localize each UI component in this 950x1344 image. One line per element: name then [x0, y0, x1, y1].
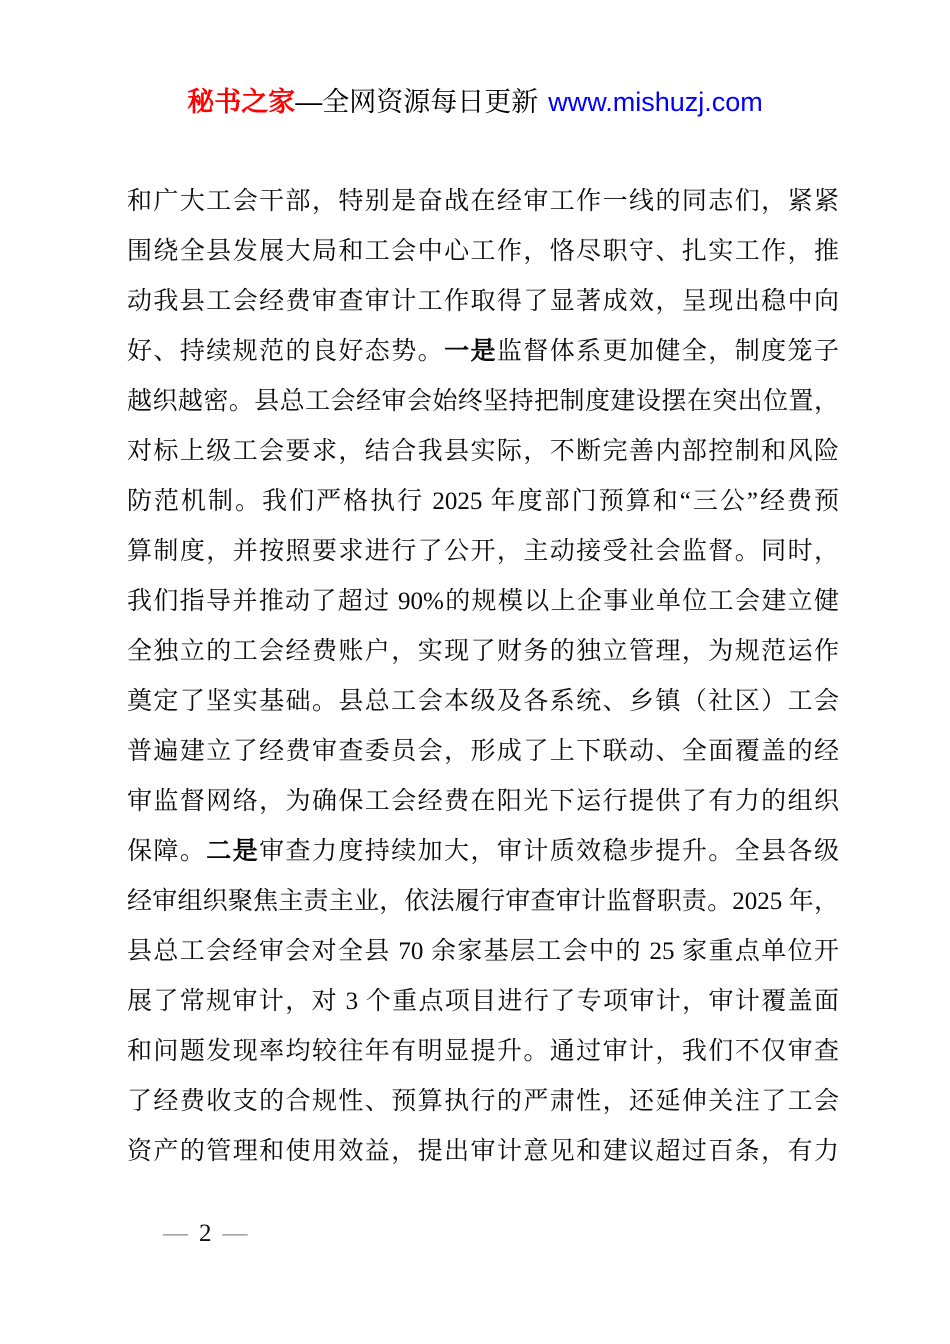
- text-run: 越织越密。县总工会经审会始终坚持把制度建设摆在突出位置，: [127, 388, 839, 415]
- body-line: 好、持续规范的良好态势。一是监督体系更加健全，制度笼子: [127, 327, 839, 377]
- text-run: 保障。: [127, 838, 206, 865]
- body-line: 动我县工会经费审查审计工作取得了显著成效，呈现出稳中向: [127, 277, 839, 327]
- text-run: 资产的管理和使用效益，提出审计意见和建议超过百条，有力: [127, 1138, 839, 1165]
- body-line: 越织越密。县总工会经审会始终坚持把制度建设摆在突出位置，: [127, 377, 839, 427]
- site-url-link[interactable]: www.mishuzj.com: [548, 87, 763, 117]
- text-run: 围绕全县发展大局和工会中心工作，恪尽职守、扎实工作，推: [127, 238, 839, 265]
- emphasis-run: 一是: [444, 338, 497, 365]
- body-line: 围绕全县发展大局和工会中心工作，恪尽职守、扎实工作，推: [127, 227, 839, 277]
- body-line: 防范机制。我们严格执行 2025 年度部门预算和“三公”经费预: [127, 477, 839, 527]
- body-line: 经审组织聚焦主责主业，依法履行审查审计监督职责。2025 年，: [127, 877, 839, 927]
- text-run: 防范机制。我们严格执行 2025 年度部门预算和“三公”经费预: [127, 488, 839, 515]
- text-run: 和广大工会干部，特别是奋战在经审工作一线的同志们，紧紧: [127, 188, 839, 215]
- body-line: 了经费收支的合规性、预算执行的严肃性，还延伸关注了工会: [127, 1077, 839, 1127]
- text-run: 和问题发现率均较往年有明显提升。通过审计，我们不仅审查: [127, 1038, 839, 1065]
- document-body-text: 和广大工会干部，特别是奋战在经审工作一线的同志们，紧紧围绕全县发展大局和工会中心…: [127, 177, 839, 1177]
- body-line: 全独立的工会经费账户，实现了财务的独立管理，为规范运作: [127, 627, 839, 677]
- text-run: 展了常规审计，对 3 个重点项目进行了专项审计，审计覆盖面: [127, 988, 839, 1015]
- body-line: 和问题发现率均较往年有明显提升。通过审计，我们不仅审查: [127, 1027, 839, 1077]
- text-run: 对标上级工会要求，结合我县实际，不断完善内部控制和风险: [127, 438, 839, 465]
- body-line: 我们指导并推动了超过 90%的规模以上企事业单位工会建立健: [127, 577, 839, 627]
- text-run: 了经费收支的合规性、预算执行的严肃性，还延伸关注了工会: [127, 1088, 839, 1115]
- text-run: 好、持续规范的良好态势。: [127, 338, 444, 365]
- text-run: 普遍建立了经费审查委员会，形成了上下联动、全面覆盖的经: [127, 738, 839, 765]
- text-run: 我们指导并推动了超过 90%的规模以上企事业单位工会建立健: [127, 588, 839, 615]
- body-line: 资产的管理和使用效益，提出审计意见和建议超过百条，有力: [127, 1127, 839, 1177]
- body-line: 普遍建立了经费审查委员会，形成了上下联动、全面覆盖的经: [127, 727, 839, 777]
- text-run: 全独立的工会经费账户，实现了财务的独立管理，为规范运作: [127, 638, 839, 665]
- page-header: 秘书之家—全网资源每日更新www.mishuzj.com: [0, 87, 950, 118]
- text-run: 经审组织聚焦主责主业，依法履行审查审计监督职责。2025 年，: [127, 888, 839, 915]
- emphasis-run: 二是: [206, 838, 259, 865]
- page-number-dash-left: —: [163, 1220, 188, 1247]
- header-tagline: —全网资源每日更新: [295, 87, 538, 117]
- text-run: 监督体系更加健全，制度笼子: [497, 338, 839, 365]
- text-run: 审监督网络，为确保工会经费在阳光下运行提供了有力的组织: [127, 788, 839, 815]
- site-name: 秘书之家: [187, 87, 295, 117]
- body-line: 县总工会经审会对全县 70 余家基层工会中的 25 家重点单位开: [127, 927, 839, 977]
- text-run: 算制度，并按照要求进行了公开，主动接受社会监督。同时，: [127, 538, 839, 565]
- body-line: 展了常规审计，对 3 个重点项目进行了专项审计，审计覆盖面: [127, 977, 839, 1027]
- body-line: 审监督网络，为确保工会经费在阳光下运行提供了有力的组织: [127, 777, 839, 827]
- page-number: —2—: [163, 1220, 248, 1248]
- page-number-value: 2: [199, 1220, 212, 1247]
- text-run: 奠定了坚实基础。县总工会本级及各系统、乡镇（社区）工会: [127, 688, 839, 715]
- body-line: 和广大工会干部，特别是奋战在经审工作一线的同志们，紧紧: [127, 177, 839, 227]
- text-run: 动我县工会经费审查审计工作取得了显著成效，呈现出稳中向: [127, 288, 839, 315]
- body-line: 奠定了坚实基础。县总工会本级及各系统、乡镇（社区）工会: [127, 677, 839, 727]
- page-number-dash-right: —: [223, 1220, 248, 1247]
- body-line: 保障。二是审查力度持续加大，审计质效稳步提升。全县各级: [127, 827, 839, 877]
- text-run: 县总工会经审会对全县 70 余家基层工会中的 25 家重点单位开: [127, 938, 839, 965]
- body-line: 对标上级工会要求，结合我县实际，不断完善内部控制和风险: [127, 427, 839, 477]
- text-run: 审查力度持续加大，审计质效稳步提升。全县各级: [259, 838, 839, 865]
- body-line: 算制度，并按照要求进行了公开，主动接受社会监督。同时，: [127, 527, 839, 577]
